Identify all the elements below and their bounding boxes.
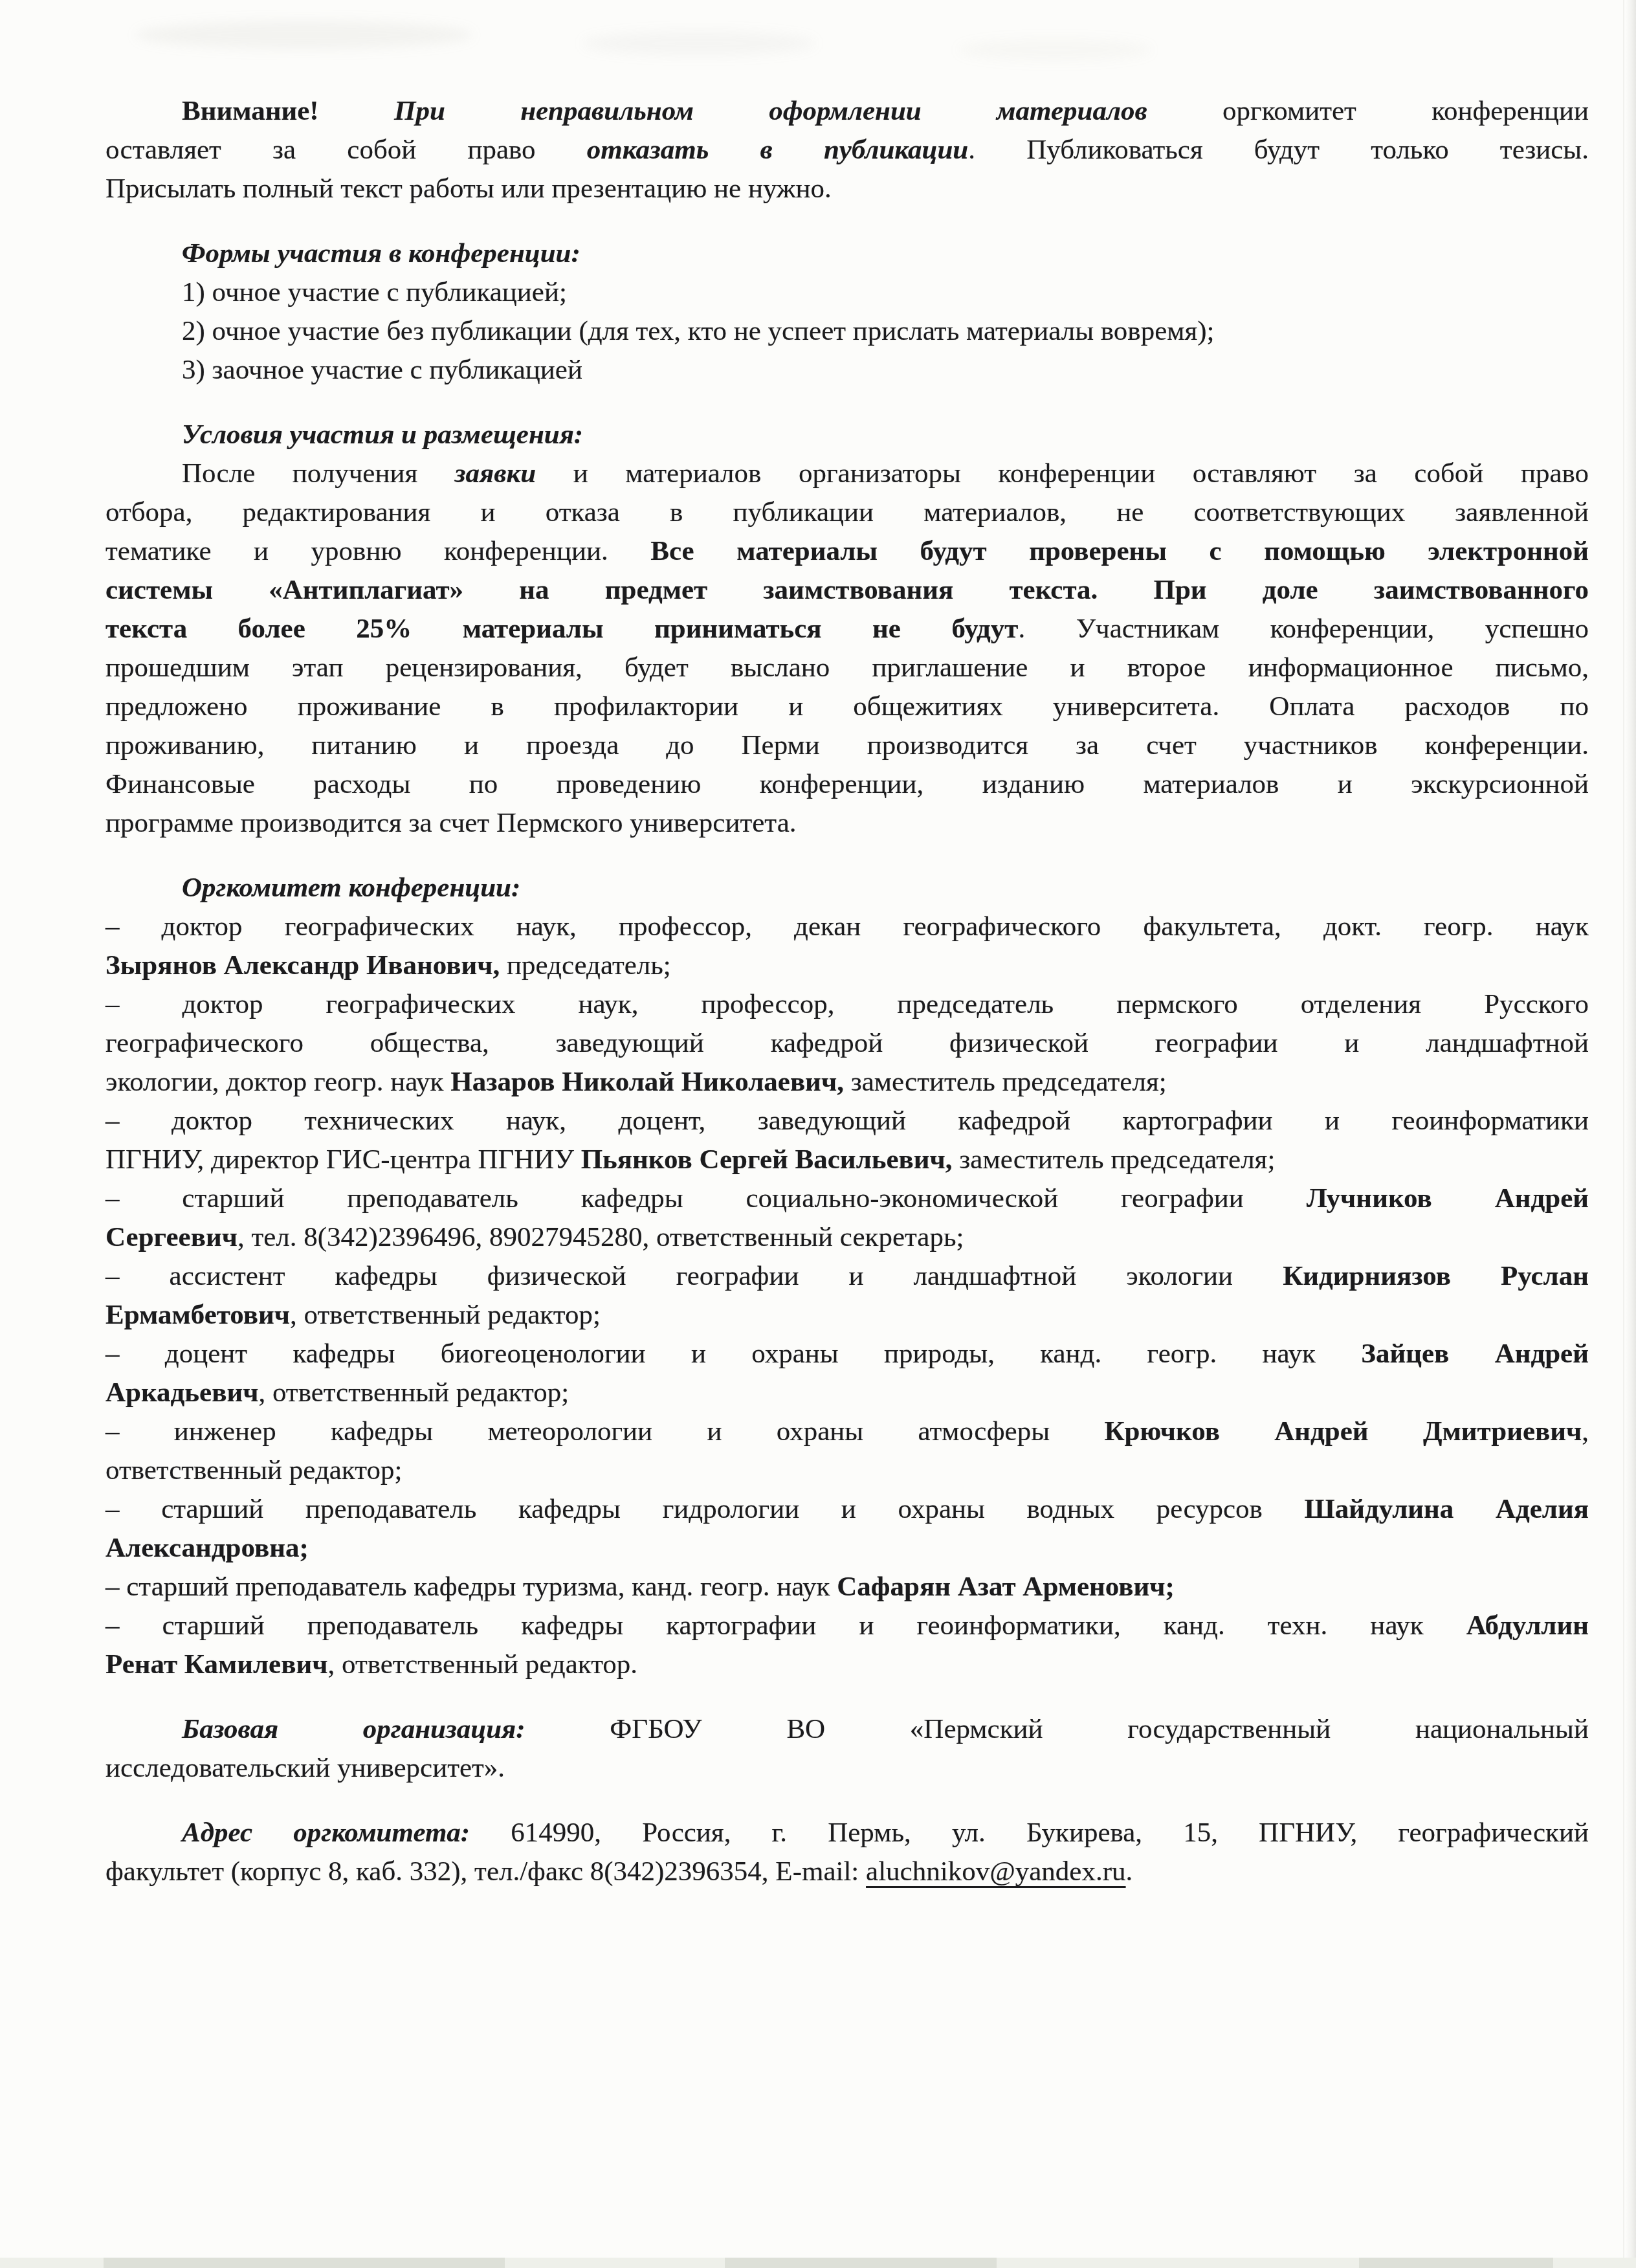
text-run: проживанию, питанию и проезда до Перми п… xyxy=(105,730,1589,761)
text-line: – доктор географических наук, профессор,… xyxy=(105,985,1589,1024)
text-run: Пьянков Сергей Васильевич, xyxy=(581,1144,953,1175)
text-run: Все материалы будут проверены с помощью … xyxy=(650,536,1589,566)
text-run: председатель; xyxy=(500,950,671,981)
scanner-strip-patch xyxy=(1359,2258,1553,2268)
text-run: факультет (корпус 8, каб. 332), тел./фак… xyxy=(105,1856,866,1887)
text-line: Формы участия в конференции: xyxy=(105,234,1589,273)
text-run: – доктор географических наук, профессор,… xyxy=(105,911,1589,942)
text-line: – ассистент кафедры физической географии… xyxy=(105,1257,1589,1296)
text-line: Зырянов Александр Иванович, председатель… xyxy=(105,946,1589,985)
text-line: экологии, доктор геогр. наук Назаров Ник… xyxy=(105,1063,1589,1102)
participation-form-item-2: 2) очное участие без публикации (для тех… xyxy=(105,312,1589,351)
text-run: При неправильном оформлении материалов xyxy=(394,96,1147,126)
participation-form-item-1: 1) очное участие с публикацией; xyxy=(105,273,1589,312)
text-run: Аркадьевич xyxy=(105,1377,258,1408)
text-run: Условия участия и размещения: xyxy=(182,419,583,450)
text-run: 1) очное участие с публикацией; xyxy=(182,277,567,307)
scanned-document-page: Внимание! При неправильном оформлении ма… xyxy=(0,0,1636,2268)
text-run: Зырянов Александр Иванович, xyxy=(105,950,500,981)
text-run: тематике и уровню конференции. xyxy=(105,536,650,566)
orgcommittee-item-10: – старший преподаватель кафедры картогра… xyxy=(105,1606,1589,1684)
text-run: – старший преподаватель кафедры социальн… xyxy=(105,1183,1307,1214)
text-run: Внимание! xyxy=(182,96,394,126)
text-line: отбора, редактирования и отказа в публик… xyxy=(105,493,1589,532)
text-line: Внимание! При неправильном оформлении ма… xyxy=(105,92,1589,131)
text-run: Лучников Андрей xyxy=(1307,1183,1589,1214)
text-line: Александровна; xyxy=(105,1529,1589,1568)
text-run: , ответственный редактор. xyxy=(327,1649,637,1680)
scanner-bottom-strip xyxy=(0,2258,1636,2268)
text-line: Ермамбетович, ответственный редактор; xyxy=(105,1296,1589,1335)
text-run: ФГБОУ ВО «Пермский государственный нацио… xyxy=(525,1714,1589,1744)
text-run: географического общества, заведующий каф… xyxy=(105,1028,1589,1058)
text-line: географического общества, заведующий каф… xyxy=(105,1024,1589,1063)
text-line: 3) заочное участие с публикацией xyxy=(105,351,1589,390)
text-run: и материалов организаторы конференции ос… xyxy=(536,458,1589,489)
orgcommittee-item-9: – старший преподаватель кафедры туризма,… xyxy=(105,1568,1589,1606)
scanner-strip-patch xyxy=(725,2258,997,2268)
email-link[interactable]: aluchnikov@yandex.ru xyxy=(866,1856,1125,1887)
orgcommittee-item-6: – доцент кафедры биогеоценологии и охран… xyxy=(105,1335,1589,1412)
text-run: Присылать полный текст работы или презен… xyxy=(105,173,832,204)
text-run: 2) очное участие без публикации (для тех… xyxy=(182,316,1215,346)
text-line: – доктор географических наук, профессор,… xyxy=(105,907,1589,946)
text-line: – старший преподаватель кафедры социальн… xyxy=(105,1179,1589,1218)
text-line: Базовая организация: ФГБОУ ВО «Пермский … xyxy=(105,1710,1589,1749)
base-organization-paragraph: Базовая организация: ФГБОУ ВО «Пермский … xyxy=(105,1710,1589,1788)
text-run: системы «Антиплагиат» на предмет заимств… xyxy=(105,575,1589,605)
text-run: Шайдулина Аделия xyxy=(1304,1494,1589,1524)
text-line: – старший преподаватель кафедры картогра… xyxy=(105,1606,1589,1645)
text-run: – старший преподаватель кафедры гидролог… xyxy=(105,1494,1304,1524)
text-run: Адрес оргкомитета: xyxy=(182,1818,470,1848)
participation-form-item-3: 3) заочное участие с публикацией xyxy=(105,351,1589,390)
orgcommittee-item-8: – старший преподаватель кафедры гидролог… xyxy=(105,1490,1589,1568)
participation-forms-heading: Формы участия в конференции: xyxy=(105,234,1589,273)
text-run: отбора, редактирования и отказа в публик… xyxy=(105,497,1589,528)
text-run: 3) заочное участие с публикацией xyxy=(182,355,582,385)
text-run: отказать в публикации xyxy=(587,135,968,165)
text-line: Присылать полный текст работы или презен… xyxy=(105,170,1589,208)
text-line: исследовательский университет». xyxy=(105,1749,1589,1788)
text-line: программе производится за счет Пермского… xyxy=(105,804,1589,843)
text-run: – инженер кафедры метеорологии и охраны … xyxy=(105,1416,1104,1447)
text-run: . xyxy=(1125,1856,1133,1887)
conditions-paragraph: После получения заявки и материалов орга… xyxy=(105,454,1589,843)
text-run: Крючков Андрей Дмитриевич xyxy=(1104,1416,1582,1447)
scan-smudge xyxy=(136,21,472,49)
text-line: ПГНИУ, директор ГИС-центра ПГНИУ Пьянков… xyxy=(105,1140,1589,1179)
text-run: оставляет за собой право xyxy=(105,135,587,165)
orgcommittee-heading: Оргкомитет конференции: xyxy=(105,869,1589,907)
conditions-heading: Условия участия и размещения: xyxy=(105,416,1589,454)
text-line: текста более 25% материалы приниматься н… xyxy=(105,610,1589,649)
text-run: Абдуллин xyxy=(1466,1610,1589,1641)
text-line: Условия участия и размещения: xyxy=(105,416,1589,454)
text-run: Финансовые расходы по проведению конфере… xyxy=(105,769,1589,799)
text-line: Оргкомитет конференции: xyxy=(105,869,1589,907)
text-run: ПГНИУ, директор ГИС-центра ПГНИУ xyxy=(105,1144,581,1175)
text-line: – старший преподаватель кафедры гидролог… xyxy=(105,1490,1589,1529)
address-paragraph: Адрес оргкомитета: 614990, Россия, г. Пе… xyxy=(105,1814,1589,1891)
text-run: Базовая организация: xyxy=(182,1714,525,1744)
text-run: . Публиковаться будут только тезисы. xyxy=(968,135,1589,165)
text-line: предложено проживание в профилактории и … xyxy=(105,687,1589,726)
text-line: – доктор технических наук, доцент, завед… xyxy=(105,1102,1589,1140)
scanner-strip-patch xyxy=(104,2258,505,2268)
text-line: Финансовые расходы по проведению конфере… xyxy=(105,765,1589,804)
text-run: Формы участия в конференции: xyxy=(182,238,580,269)
text-line: – инженер кафедры метеорологии и охраны … xyxy=(105,1412,1589,1451)
text-run: – доктор географических наук, профессор,… xyxy=(105,989,1589,1019)
text-run: Назаров Николай Николаевич, xyxy=(450,1067,844,1097)
text-line: факультет (корпус 8, каб. 332), тел./фак… xyxy=(105,1852,1589,1891)
text-line: – доцент кафедры биогеоценологии и охран… xyxy=(105,1335,1589,1373)
text-run: прошедшим этап рецензирования, будет выс… xyxy=(105,652,1589,683)
text-run: – старший преподаватель кафедры картогра… xyxy=(105,1610,1466,1641)
text-run: заявки xyxy=(455,458,536,489)
text-line: оставляет за собой право отказать в публ… xyxy=(105,131,1589,170)
text-line: 2) очное участие без публикации (для тех… xyxy=(105,312,1589,351)
document-content: Внимание! При неправильном оформлении ма… xyxy=(105,92,1589,1891)
text-run: , ответственный редактор; xyxy=(290,1300,601,1330)
text-run: предложено проживание в профилактории и … xyxy=(105,691,1589,722)
text-line: 1) очное участие с публикацией; xyxy=(105,273,1589,312)
attention-paragraph: Внимание! При неправильном оформлении ма… xyxy=(105,92,1589,208)
text-run: Сергеевич xyxy=(105,1222,238,1252)
text-run: Ренат Камилевич xyxy=(105,1649,327,1680)
text-line: Адрес оргкомитета: 614990, Россия, г. Пе… xyxy=(105,1814,1589,1852)
text-run: – старший преподаватель кафедры туризма,… xyxy=(105,1572,837,1602)
text-run: Кидирниязов Руслан xyxy=(1283,1261,1589,1291)
text-line: – старший преподаватель кафедры туризма,… xyxy=(105,1568,1589,1606)
text-run: , ответственный редактор; xyxy=(258,1377,569,1408)
text-run: текста более 25% материалы приниматься н… xyxy=(105,614,1018,644)
text-run: , тел. 8(342)2396496, 89027945280, ответ… xyxy=(238,1222,964,1252)
page-right-edge-shadow xyxy=(1626,0,1636,2268)
text-run: заместитель председателя; xyxy=(844,1067,1167,1097)
text-run: После получения xyxy=(182,458,455,489)
text-run: Сафарян Азат Арменович; xyxy=(837,1572,1175,1602)
orgcommittee-item-3: – доктор технических наук, доцент, завед… xyxy=(105,1102,1589,1179)
scan-edge-line xyxy=(1623,0,1624,2268)
orgcommittee-item-5: – ассистент кафедры физической географии… xyxy=(105,1257,1589,1335)
text-run: исследовательский университет». xyxy=(105,1753,505,1783)
text-run: заместитель председателя; xyxy=(953,1144,1276,1175)
orgcommittee-item-4: – старший преподаватель кафедры социальн… xyxy=(105,1179,1589,1257)
orgcommittee-item-7: – инженер кафедры метеорологии и охраны … xyxy=(105,1412,1589,1490)
scan-smudge xyxy=(958,39,1152,61)
orgcommittee-item-1: – доктор географических наук, профессор,… xyxy=(105,907,1589,985)
text-run: , xyxy=(1582,1416,1589,1447)
text-line: Сергеевич, тел. 8(342)2396496, 890279452… xyxy=(105,1218,1589,1257)
text-run: экологии, доктор геогр. наук xyxy=(105,1067,450,1097)
text-run: оргкомитет конференции xyxy=(1147,96,1589,126)
text-run: – доцент кафедры биогеоценологии и охран… xyxy=(105,1339,1361,1369)
text-run: – доктор технических наук, доцент, завед… xyxy=(105,1106,1589,1136)
text-line: прошедшим этап рецензирования, будет выс… xyxy=(105,649,1589,687)
text-run: Зайцев Андрей xyxy=(1361,1339,1589,1369)
text-run: . Участникам конференции, успешно xyxy=(1018,614,1589,644)
text-line: проживанию, питанию и проезда до Перми п… xyxy=(105,726,1589,765)
text-line: Аркадьевич, ответственный редактор; xyxy=(105,1373,1589,1412)
orgcommittee-item-2: – доктор географических наук, профессор,… xyxy=(105,985,1589,1102)
scan-smudge xyxy=(582,31,815,56)
text-run: 614990, Россия, г. Пермь, ул. Букирева, … xyxy=(470,1818,1589,1848)
text-run: Оргкомитет конференции: xyxy=(182,873,520,903)
text-run: – ассистент кафедры физической географии… xyxy=(105,1261,1283,1291)
text-run: Ермамбетович xyxy=(105,1300,290,1330)
text-line: Ренат Камилевич, ответственный редактор. xyxy=(105,1645,1589,1684)
text-line: После получения заявки и материалов орга… xyxy=(105,454,1589,493)
text-line: тематике и уровню конференции. Все матер… xyxy=(105,532,1589,571)
text-line: системы «Антиплагиат» на предмет заимств… xyxy=(105,571,1589,610)
text-run: Александровна; xyxy=(105,1533,309,1563)
text-run: ответственный редактор; xyxy=(105,1455,402,1485)
text-line: ответственный редактор; xyxy=(105,1451,1589,1490)
text-run: программе производится за счет Пермского… xyxy=(105,808,796,838)
